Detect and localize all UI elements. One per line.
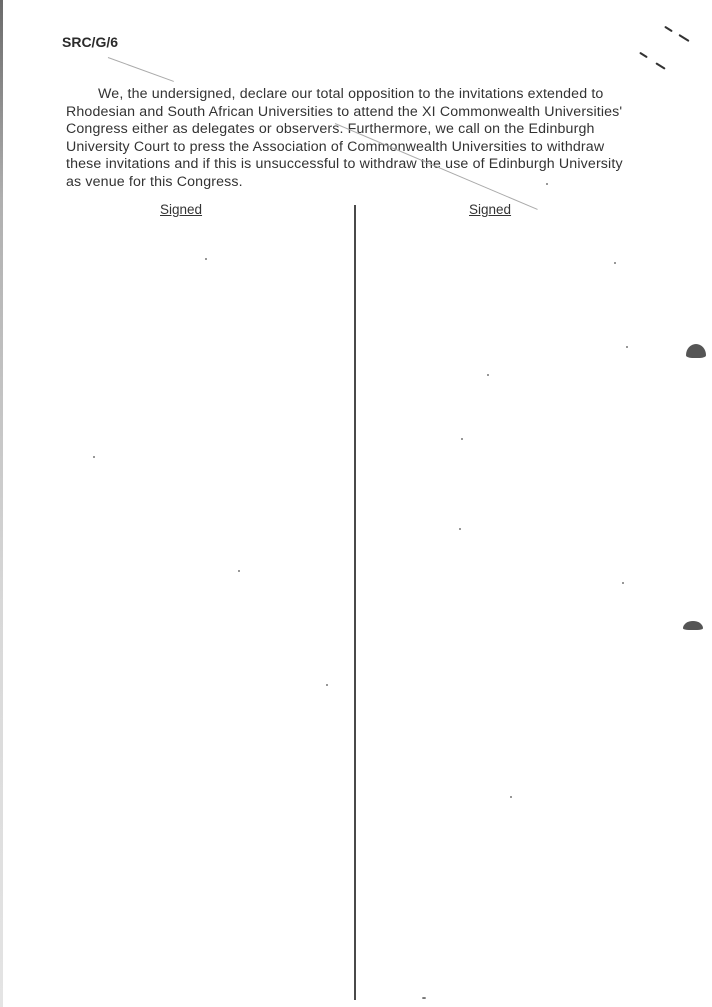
speck — [626, 346, 628, 348]
speck — [459, 528, 461, 530]
speck — [238, 570, 240, 572]
scan-edge — [0, 0, 3, 1007]
speck — [546, 183, 548, 185]
speck — [422, 997, 426, 999]
scan-mark — [639, 52, 648, 58]
paragraph-line: Congress either as delegates or observer… — [66, 121, 706, 139]
punch-hole — [683, 621, 703, 630]
scan-artifact — [108, 57, 174, 82]
speck — [510, 796, 512, 798]
column-divider — [354, 205, 356, 1000]
paragraph-line: these invitations and if this is unsucce… — [66, 156, 706, 174]
speck — [205, 258, 207, 260]
speck — [93, 456, 95, 458]
scan-mark — [655, 62, 665, 70]
speck — [487, 374, 489, 376]
speck — [326, 684, 328, 686]
signed-label-left: Signed — [160, 202, 202, 217]
punch-hole — [686, 344, 706, 358]
speck — [461, 438, 463, 440]
document-reference: SRC/G/6 — [62, 34, 118, 50]
paragraph-line: We, the undersigned, declare our total o… — [66, 86, 706, 104]
scan-mark — [664, 26, 673, 32]
petition-paragraph: We, the undersigned, declare our total o… — [66, 86, 706, 192]
speck — [622, 582, 624, 584]
signed-label-right: Signed — [469, 202, 511, 217]
paragraph-line: Rhodesian and South African Universities… — [66, 104, 706, 122]
scan-mark — [678, 34, 689, 42]
paragraph-line: University Court to press the Associatio… — [66, 139, 706, 157]
paragraph-line: as venue for this Congress. — [66, 174, 706, 192]
speck — [614, 262, 616, 264]
